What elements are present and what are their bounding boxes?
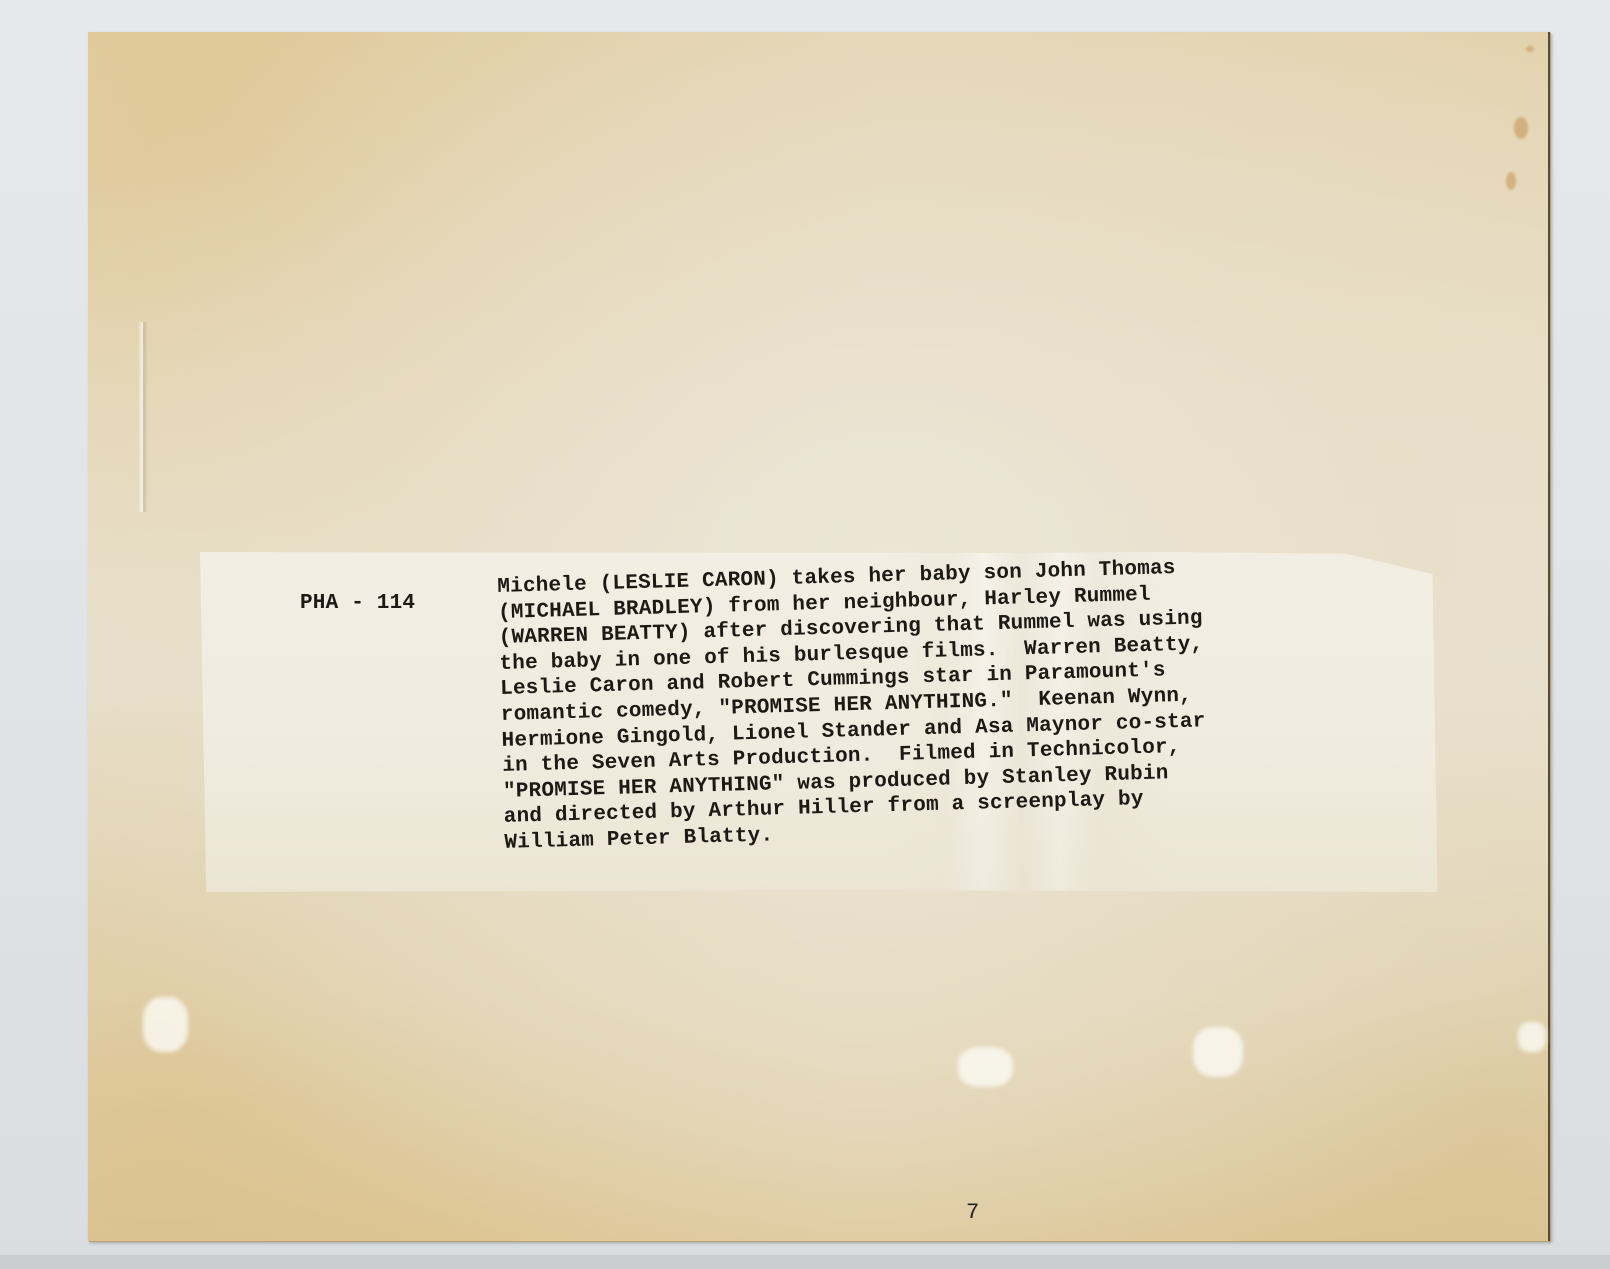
caption-code: PHA - 114 (300, 592, 415, 615)
water-stain (1526, 46, 1534, 52)
scanner-edge (0, 1255, 1610, 1269)
caption-text-block: PHA - 114 Michele (LESLIE CARON) takes h… (200, 552, 1445, 892)
bottom-pencil-mark: 7 (966, 1200, 979, 1225)
paper-scuff (143, 997, 188, 1052)
paper-scuff (1518, 1022, 1546, 1052)
water-stain (1506, 172, 1516, 190)
paper-scuff (958, 1047, 1013, 1087)
water-stain (1514, 117, 1528, 139)
paper-scuff (1193, 1027, 1243, 1077)
paper-crease (138, 322, 148, 512)
caption-snipe: PHA - 114 Michele (LESLIE CARON) takes h… (200, 552, 1445, 892)
caption-body: Michele (LESLIE CARON) takes her baby so… (497, 555, 1209, 856)
